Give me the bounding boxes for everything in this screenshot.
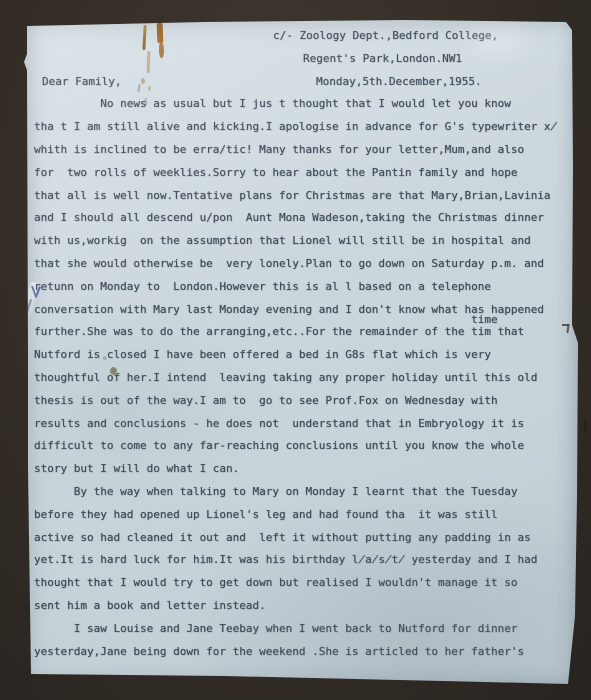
interlinear-correction: time [471, 309, 498, 332]
letter-line: that she would otherwise be very lonely.… [34, 253, 574, 276]
letter-line: and I should all descend u/pon Aunt Mona… [34, 207, 574, 230]
letter-line: difficult to come to any far-reaching co… [34, 435, 574, 458]
letter-line: for two rolls of weeklies.Sorry to hear … [34, 162, 574, 185]
letter-line: active so had cleaned it out and left it… [34, 527, 574, 550]
letter-line: By the way when talking to Mary on Monda… [34, 481, 574, 504]
letter-text: c/- Zoology Dept.,Bedford College, Regen… [34, 25, 574, 663]
blue-pen-mark [26, 299, 32, 313]
letter-line: No news as usual but I jus t thought tha… [34, 93, 574, 116]
mount-scratch-mark [584, 420, 587, 432]
address-line-1: c/- Zoology Dept.,Bedford College, [273, 29, 498, 42]
salutation-date-row: Dear Family,Monday,5th.December,1955. [34, 71, 574, 94]
letter-line: that all is well now.Tentative plans for… [34, 185, 574, 208]
letter-line: before they had opened up Lionel's leg a… [34, 504, 574, 527]
letter-page: c/- Zoology Dept.,Bedford College, Regen… [24, 18, 580, 692]
letter-line-with-correction: further.She was to do the arranging,etc.… [34, 321, 574, 344]
letter-line: sent him a book and letter instead. [34, 595, 574, 618]
letter-line: whith is inclined to be erra/tic! Many t… [34, 139, 574, 162]
sender-address-line: c/- Zoology Dept.,Bedford College, [34, 25, 574, 48]
letter-line: thoughtful of her.I intend leaving takin… [34, 367, 574, 390]
address-line-2: Regent's Park,London.NW1 [303, 52, 462, 65]
sender-address-line: Regent's Park,London.NW1 [34, 48, 574, 71]
letter-line: thought that I would try to get down but… [34, 572, 574, 595]
letter-line: retunn on Monday to London.However this … [34, 276, 574, 299]
letter-line: results and conclusions - he does not un… [34, 413, 574, 436]
letter-line: tha t I am still alive and kicking.I apo… [34, 116, 574, 139]
letter-line: further.She was to do the arranging,etc.… [34, 325, 524, 338]
dateline: Monday,5th.December,1955. [316, 71, 482, 94]
letter-line: with us,workig on the assumption that Li… [34, 230, 574, 253]
scan-background: c/- Zoology Dept.,Bedford College, Regen… [0, 0, 591, 700]
letter-line: yet.It is hard luck for him.It was his b… [34, 549, 574, 572]
letter-line: I saw Louise and Jane Teebay when I went… [34, 618, 574, 641]
letter-line: thesis is out of the way.I am to go to s… [34, 390, 574, 413]
salutation: Dear Family, [42, 75, 121, 88]
letter-line: yesterday,Jane being down for the weeken… [34, 641, 574, 664]
letter-line: story but I will do what I can. [34, 458, 574, 481]
letter-line: Nutford is closed I have been offered a … [34, 344, 574, 367]
